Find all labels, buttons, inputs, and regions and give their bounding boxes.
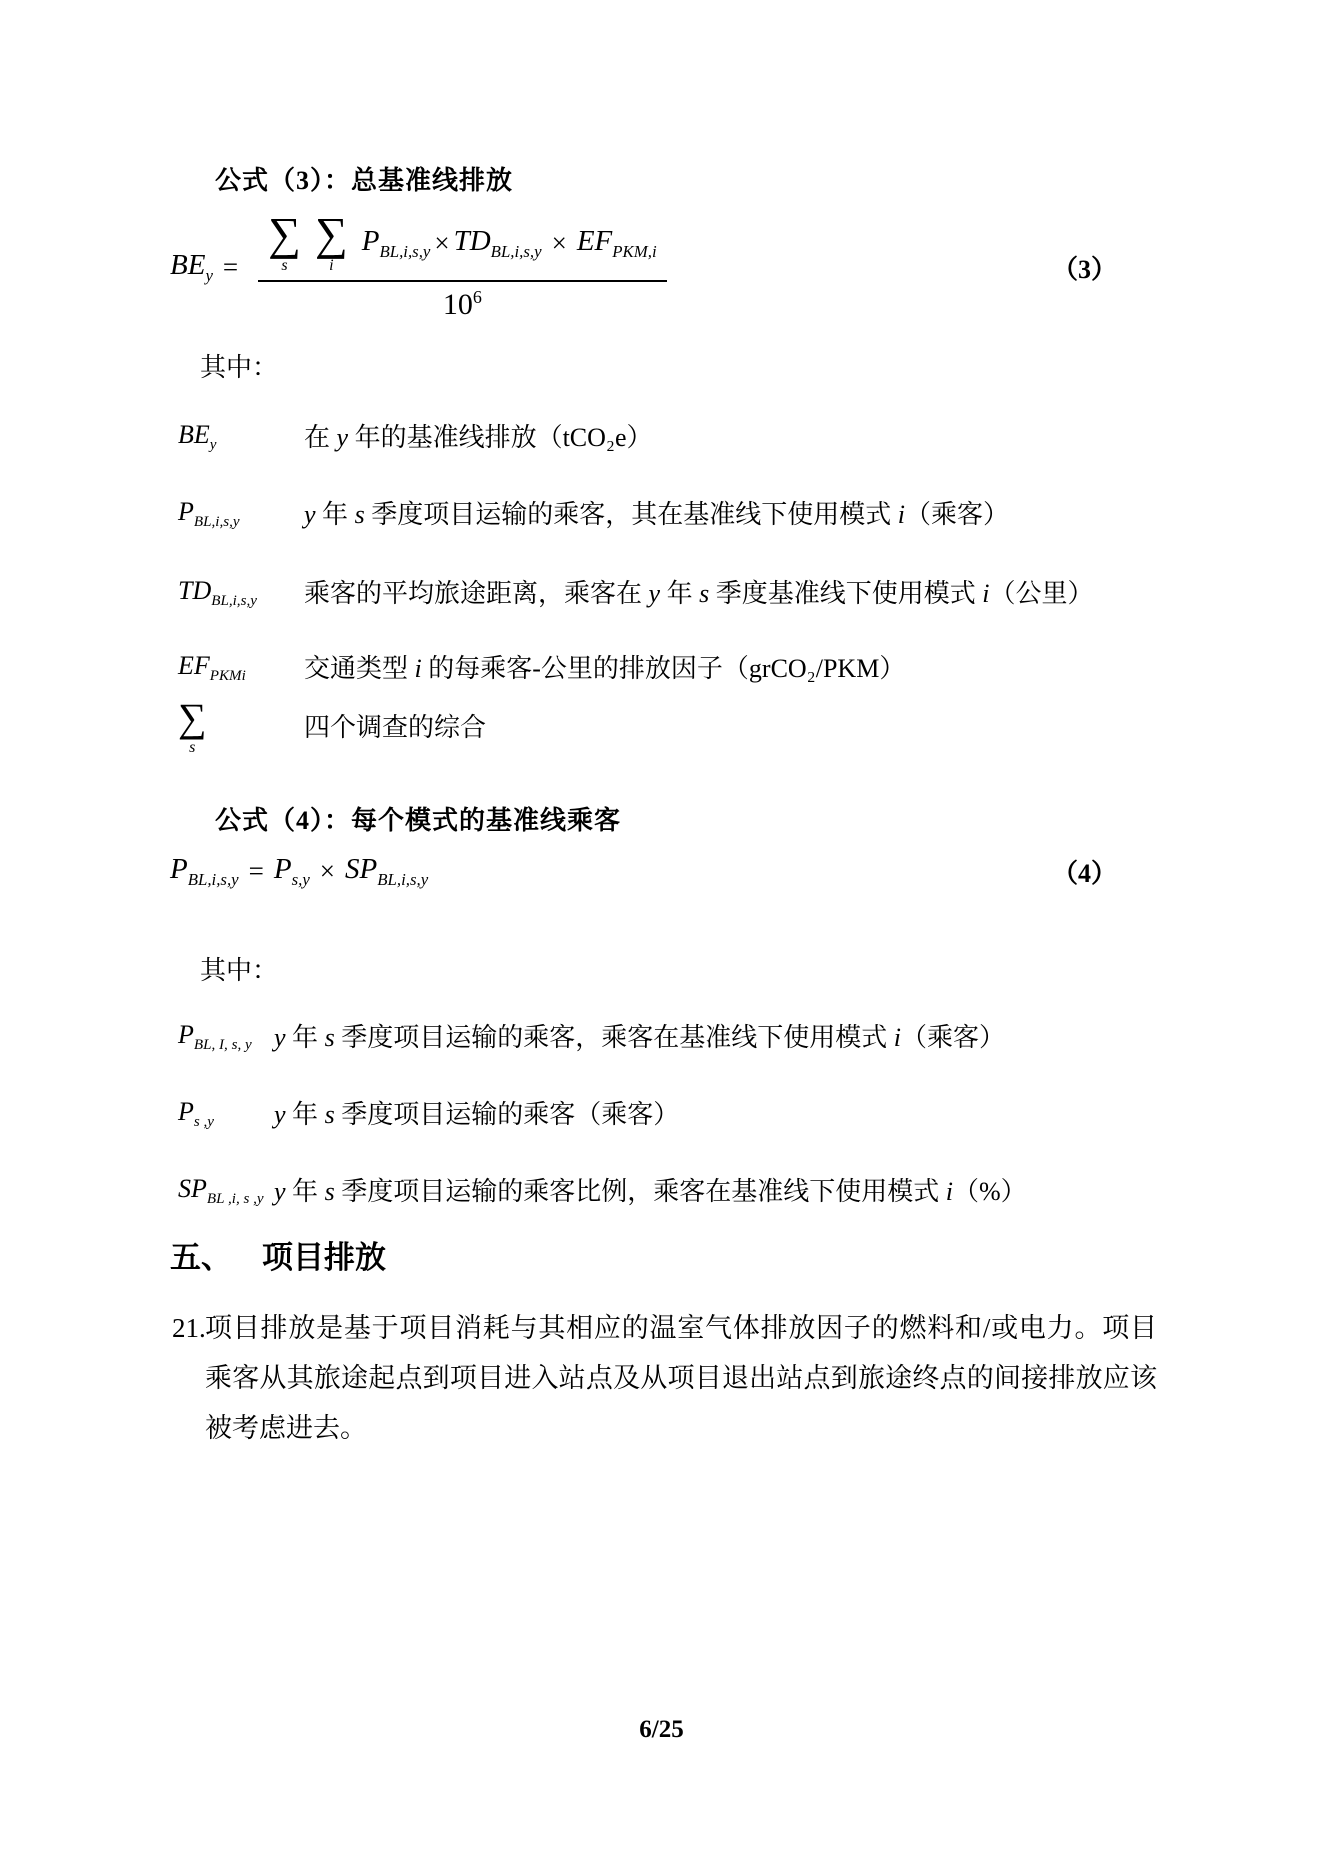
sigma-icon: ∑ bbox=[315, 213, 348, 254]
definition-row: ∑ s 四个调查的综合 bbox=[178, 700, 1155, 756]
eq4-term-sp: SPBL,i,s,y bbox=[345, 853, 428, 890]
definition-row: Ps ,y y 年 s 季度项目运输的乘客（乘客） bbox=[178, 1097, 1155, 1132]
term-symbol: EFPKMi bbox=[178, 651, 304, 685]
definition-text: 乘客的平均旅途距离，乘客在 y 年 s 季度基准线下使用模式 i（公里） bbox=[304, 576, 1155, 611]
definition-text: y 年 s 季度项目运输的乘客，其在基准线下使用模式 i（乘客） bbox=[304, 497, 1155, 532]
equals-sign: = bbox=[213, 252, 248, 283]
formula-3-heading: 公式（3）：总基准线排放 bbox=[215, 160, 513, 197]
term-symbol: PBL,i,s,y bbox=[178, 497, 304, 531]
where-label: 其中： bbox=[200, 347, 278, 384]
definition-row: PBL, I, s, y y 年 s 季度项目运输的乘客，乘客在基准线下使用模式… bbox=[178, 1020, 1155, 1055]
sigma-over-s: ∑ s bbox=[178, 700, 207, 756]
eq3-term-p: PBL,i,s,y bbox=[362, 225, 431, 262]
sum-over-s: ∑ s bbox=[268, 213, 301, 274]
section-title: 项目排放 bbox=[262, 1232, 386, 1277]
equation-4: PBL,i,s,y = Ps,y × SPBL,i,s,y （4） bbox=[170, 853, 1155, 890]
where-label: 其中： bbox=[200, 950, 278, 987]
paragraph-21: 21. 项目排放是基于项目消耗与其相应的温室气体排放因子的燃料和/或电力。项目乘… bbox=[172, 1303, 1157, 1453]
term-symbol: TDBL,i,s,y bbox=[178, 576, 304, 610]
definition-text: y 年 s 季度项目运输的乘客比例，乘客在基准线下使用模式 i（%） bbox=[274, 1174, 1155, 1209]
eq3-numerator: ∑ s ∑ i PBL,i,s,y × TDBL,i,s,y × EFPKM,i bbox=[258, 213, 666, 280]
sigma-icon: ∑ bbox=[178, 700, 207, 736]
sum-over-i: ∑ i bbox=[315, 213, 348, 274]
equation-3-number: （3） bbox=[1052, 249, 1117, 286]
section-5-heading: 五、 项目排放 bbox=[170, 1232, 386, 1277]
document-page: 公式（3）：总基准线排放 BEy = ∑ s ∑ i PBL,i,s,y × bbox=[0, 0, 1323, 1871]
times-sign: × bbox=[542, 228, 577, 259]
eq3-lhs: BEy bbox=[170, 249, 213, 286]
definition-row: EFPKMi 交通类型 i 的每乘客-公里的排放因子（grCO₂/PKM） bbox=[178, 651, 1155, 686]
equals-sign: = bbox=[239, 856, 274, 887]
term-symbol: ∑ s bbox=[178, 700, 304, 756]
definition-text: 四个调查的综合 bbox=[304, 710, 1155, 745]
term-symbol: PBL, I, s, y bbox=[178, 1020, 274, 1054]
times-sign: × bbox=[310, 856, 345, 887]
term-symbol: BEy bbox=[178, 420, 304, 454]
section-number: 五、 bbox=[170, 1232, 232, 1277]
eq4-lhs: PBL,i,s,y bbox=[170, 853, 239, 890]
definition-row: SPBL ,i, s ,y y 年 s 季度项目运输的乘客比例，乘客在基准线下使… bbox=[178, 1174, 1155, 1209]
formula-4-heading: 公式（4）：每个模式的基准线乘客 bbox=[215, 800, 621, 837]
definition-text: y 年 s 季度项目运输的乘客，乘客在基准线下使用模式 i（乘客） bbox=[274, 1020, 1155, 1055]
equation-4-number: （4） bbox=[1052, 853, 1117, 890]
definition-row: PBL,i,s,y y 年 s 季度项目运输的乘客，其在基准线下使用模式 i（乘… bbox=[178, 497, 1155, 532]
definition-row: TDBL,i,s,y 乘客的平均旅途距离，乘客在 y 年 s 季度基准线下使用模… bbox=[178, 576, 1155, 611]
page-number: 6/25 bbox=[0, 1716, 1323, 1744]
eq3-term-td: TDBL,i,s,y bbox=[454, 225, 542, 262]
term-symbol: Ps ,y bbox=[178, 1097, 274, 1131]
sigma-icon: ∑ bbox=[268, 213, 301, 254]
term-symbol: SPBL ,i, s ,y bbox=[178, 1174, 274, 1208]
definition-row: BEy 在 y 年的基准线排放（tCO₂e） bbox=[178, 420, 1155, 455]
times-sign: × bbox=[430, 228, 453, 259]
equation-3: BEy = ∑ s ∑ i PBL,i,s,y × TDBL,i,s,y bbox=[170, 213, 1155, 322]
definition-text: 在 y 年的基准线排放（tCO₂e） bbox=[304, 420, 1155, 455]
eq3-fraction: ∑ s ∑ i PBL,i,s,y × TDBL,i,s,y × EFPKM,i bbox=[258, 213, 666, 322]
definition-text: 交通类型 i 的每乘客-公里的排放因子（grCO₂/PKM） bbox=[304, 651, 1155, 686]
eq4-term-p: Ps,y bbox=[274, 853, 310, 890]
paragraph-number: 21. bbox=[172, 1303, 205, 1453]
eq3-denominator: 106 bbox=[258, 280, 666, 322]
eq3-term-ef: EFPKM,i bbox=[577, 225, 657, 262]
paragraph-text: 项目排放是基于项目消耗与其相应的温室气体排放因子的燃料和/或电力。项目乘客从其旅… bbox=[205, 1303, 1157, 1453]
definition-text: y 年 s 季度项目运输的乘客（乘客） bbox=[274, 1097, 1155, 1132]
